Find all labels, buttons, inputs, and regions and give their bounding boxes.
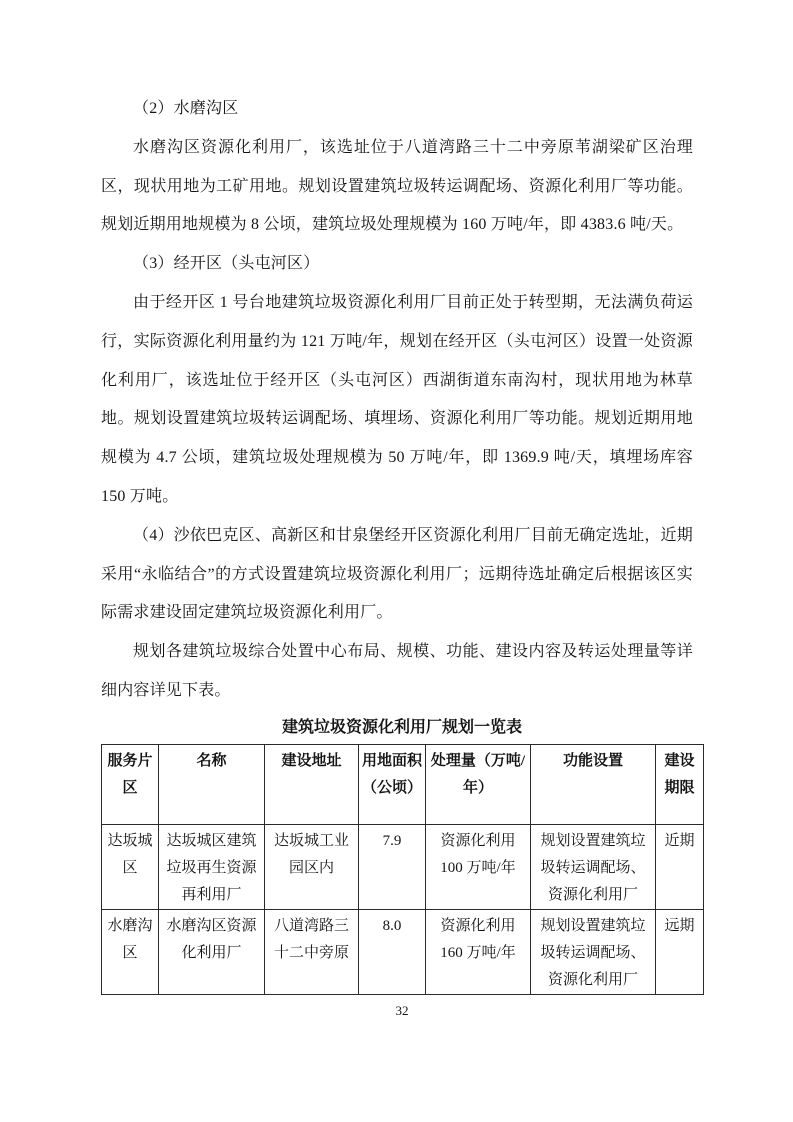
cell-land-area: 7.9 [359, 824, 426, 909]
paragraph-table-intro: 规划各建筑垃圾综合处置中心布局、规模、功能、建设内容及转运处理量等详细内容详见下… [101, 633, 693, 711]
planning-table: 服务片区 名称 建设地址 用地面积（公顷） 处理量（万吨/年） 功能设置 建设期… [101, 744, 704, 995]
cell-capacity: 资源化利用 160 万吨/年 [426, 909, 531, 994]
document-page: （2）水磨沟区 水磨沟区资源化利用厂，该选址位于八道湾路三十二中旁原苇湖梁矿区治… [0, 0, 793, 1122]
paragraph-item3-body: 由于经开区 1 号台地建筑垃圾资源化利用厂目前正处于转型期，无法满负荷运行，实际… [101, 284, 693, 517]
cell-functions: 规划设置建筑垃圾转运调配场、资源化利用厂 [531, 909, 656, 994]
page-number: 32 [101, 1002, 703, 1020]
header-cell-period: 建设期限 [656, 744, 704, 824]
cell-address: 八道湾路三十二中旁原 [265, 909, 359, 994]
header-cell-name: 名称 [159, 744, 265, 824]
header-cell-functions: 功能设置 [531, 744, 656, 824]
paragraph-item2-heading: （2）水磨沟区 [101, 90, 693, 129]
paragraph-item2-body: 水磨沟区资源化利用厂，该选址位于八道湾路三十二中旁原苇湖梁矿区治理区，现状用地为… [101, 129, 693, 245]
header-cell-capacity: 处理量（万吨/年） [426, 744, 531, 824]
cell-capacity: 资源化利用 100 万吨/年 [426, 824, 531, 909]
header-cell-service-area: 服务片区 [102, 744, 159, 824]
paragraph-item3-heading: （3）经开区（头屯河区） [101, 245, 693, 284]
cell-period: 近期 [656, 824, 704, 909]
cell-name: 达坂城区建筑垃圾再生资源再利用厂 [159, 824, 265, 909]
cell-period: 远期 [656, 909, 704, 994]
cell-service-area: 水磨沟区 [102, 909, 159, 994]
paragraph-item4-body: （4）沙依巴克区、高新区和甘泉堡经开区资源化利用厂目前无确定选址，近期采用“永临… [101, 517, 693, 633]
cell-functions: 规划设置建筑垃圾转运调配场、资源化利用厂 [531, 824, 656, 909]
cell-land-area: 8.0 [359, 909, 426, 994]
table-row-shuimogou: 水磨沟区 水磨沟区资源化利用厂 八道湾路三十二中旁原 8.0 资源化利用 160… [102, 909, 704, 994]
table-title: 建筑垃圾资源化利用厂规划一览表 [101, 715, 703, 741]
header-cell-address: 建设地址 [265, 744, 359, 824]
header-cell-land-area: 用地面积（公顷） [359, 744, 426, 824]
table-header-row: 服务片区 名称 建设地址 用地面积（公顷） 处理量（万吨/年） 功能设置 建设期… [102, 744, 704, 824]
cell-address: 达坂城工业园区内 [265, 824, 359, 909]
table-row-dabancheng: 达坂城区 达坂城区建筑垃圾再生资源再利用厂 达坂城工业园区内 7.9 资源化利用… [102, 824, 704, 909]
cell-name: 水磨沟区资源化利用厂 [159, 909, 265, 994]
cell-service-area: 达坂城区 [102, 824, 159, 909]
document-content: （2）水磨沟区 水磨沟区资源化利用厂，该选址位于八道湾路三十二中旁原苇湖梁矿区治… [101, 90, 703, 1020]
